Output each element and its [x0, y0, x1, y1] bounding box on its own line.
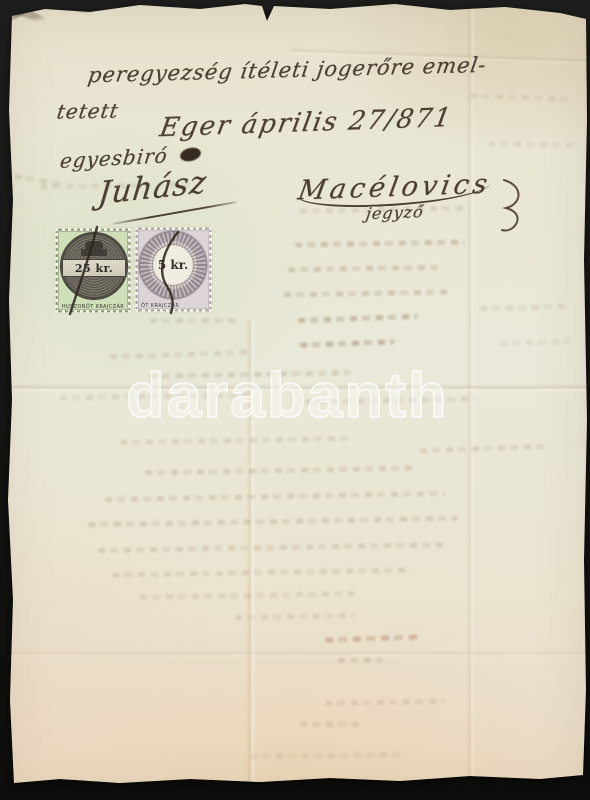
stamp-caption: HUSZONÖT KRAJCZÁR — [56, 304, 130, 310]
ghost-line — [420, 444, 550, 454]
ghost-line — [284, 290, 449, 298]
ghost-line — [110, 350, 250, 360]
handwritten-line-2: tetett — [55, 98, 121, 123]
coat-of-arms-icon — [85, 241, 103, 256]
ghost-line — [105, 491, 445, 502]
handwritten-date-line: Eger április 27/871 — [157, 103, 454, 143]
stamp-denomination: 5 kr. — [158, 258, 188, 272]
ghost-line — [298, 314, 418, 323]
ghost-line — [295, 240, 465, 248]
ghost-line — [112, 567, 412, 577]
ghost-line — [150, 318, 240, 323]
fold-crease — [0, 650, 590, 659]
signature-right-flourish-icon — [500, 178, 530, 240]
ghost-line — [300, 722, 360, 727]
ghost-line — [250, 752, 400, 760]
ghost-line — [145, 466, 415, 476]
signature-left: Juhász — [96, 164, 208, 212]
ghost-line — [488, 141, 573, 147]
stamp-center: 5 kr. — [153, 245, 193, 285]
ghost-line — [500, 339, 570, 346]
handwritten-line-1: peregyezség ítéleti jogerőre emel- — [86, 53, 488, 88]
photo-backdrop: peregyezség ítéleti jogerőre emel- tetet… — [0, 0, 590, 800]
stamp-engraved-medallion: 25 kr. — [60, 232, 128, 300]
ghost-line — [120, 436, 350, 445]
revenue-stamp-5kr: 5 kr. ÖT KRAJCZÁR — [136, 228, 211, 311]
handwritten-role-left: egyesbiró — [59, 143, 170, 173]
ghost-line — [325, 634, 420, 642]
ghost-line — [235, 613, 355, 620]
ghost-line — [470, 93, 570, 101]
ghost-line — [480, 303, 570, 311]
ghost-line — [338, 658, 383, 663]
handwritten-role-right: jegyző — [365, 202, 425, 223]
stamp-denomination: 25 kr. — [75, 262, 113, 275]
ghost-line — [98, 542, 448, 553]
stamp-denomination-band: 25 kr. — [63, 259, 125, 277]
paper-wrap: peregyezség ítéleti jogerőre emel- tetet… — [0, 0, 590, 800]
ink-blot — [179, 146, 203, 164]
document-paper: peregyezség ítéleti jogerőre emel- tetet… — [0, 0, 590, 800]
ghost-line — [140, 591, 360, 600]
stamp-guilloche-ring: 5 kr. — [139, 231, 207, 299]
ghost-line — [325, 699, 445, 706]
ghost-line — [288, 265, 443, 273]
ghost-line — [88, 516, 458, 527]
ghost-line — [300, 339, 395, 347]
revenue-stamp-25kr: 25 kr. HUSZONÖT KRAJCZÁR — [56, 229, 130, 312]
stamp-caption: ÖT KRAJCZÁR — [141, 303, 179, 309]
darabanth-watermark: darabanth — [126, 360, 449, 432]
